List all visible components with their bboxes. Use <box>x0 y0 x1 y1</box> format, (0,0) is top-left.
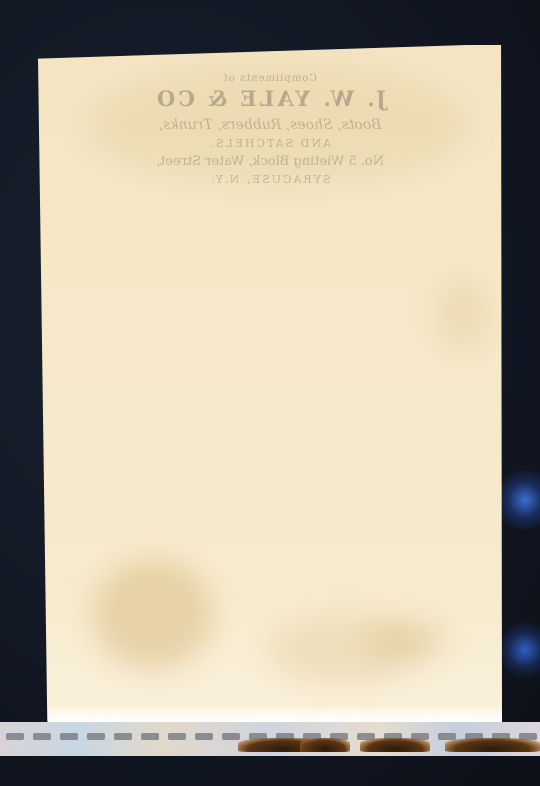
mirrored-imprint: Compliments of J. W. YALE & CO Boots, Sh… <box>38 73 502 186</box>
sleeve-shadow <box>445 738 540 752</box>
sleeve-shadow <box>300 738 350 752</box>
trade-card-back: Compliments of J. W. YALE & CO Boots, Sh… <box>38 45 502 725</box>
imprint-line: AND SATCHELS. <box>38 137 502 150</box>
background-glow <box>500 620 540 680</box>
imprint-company: J. W. YALE & CO <box>38 86 502 111</box>
sleeve-shadow <box>360 738 430 752</box>
stain <box>368 620 448 660</box>
imprint-line: Boots, Shoes, Rubbers, Trunks, <box>38 117 502 133</box>
background-glow <box>495 470 540 530</box>
card-edge-glare <box>48 705 502 723</box>
imprint-city: SYRACUSE, N.Y. <box>38 173 502 186</box>
imprint-address: No. 5 Wieting Block, Water Street, <box>38 154 502 169</box>
stain <box>93 560 213 670</box>
imprint-line: Compliments of <box>38 73 502 84</box>
stain <box>438 280 488 350</box>
